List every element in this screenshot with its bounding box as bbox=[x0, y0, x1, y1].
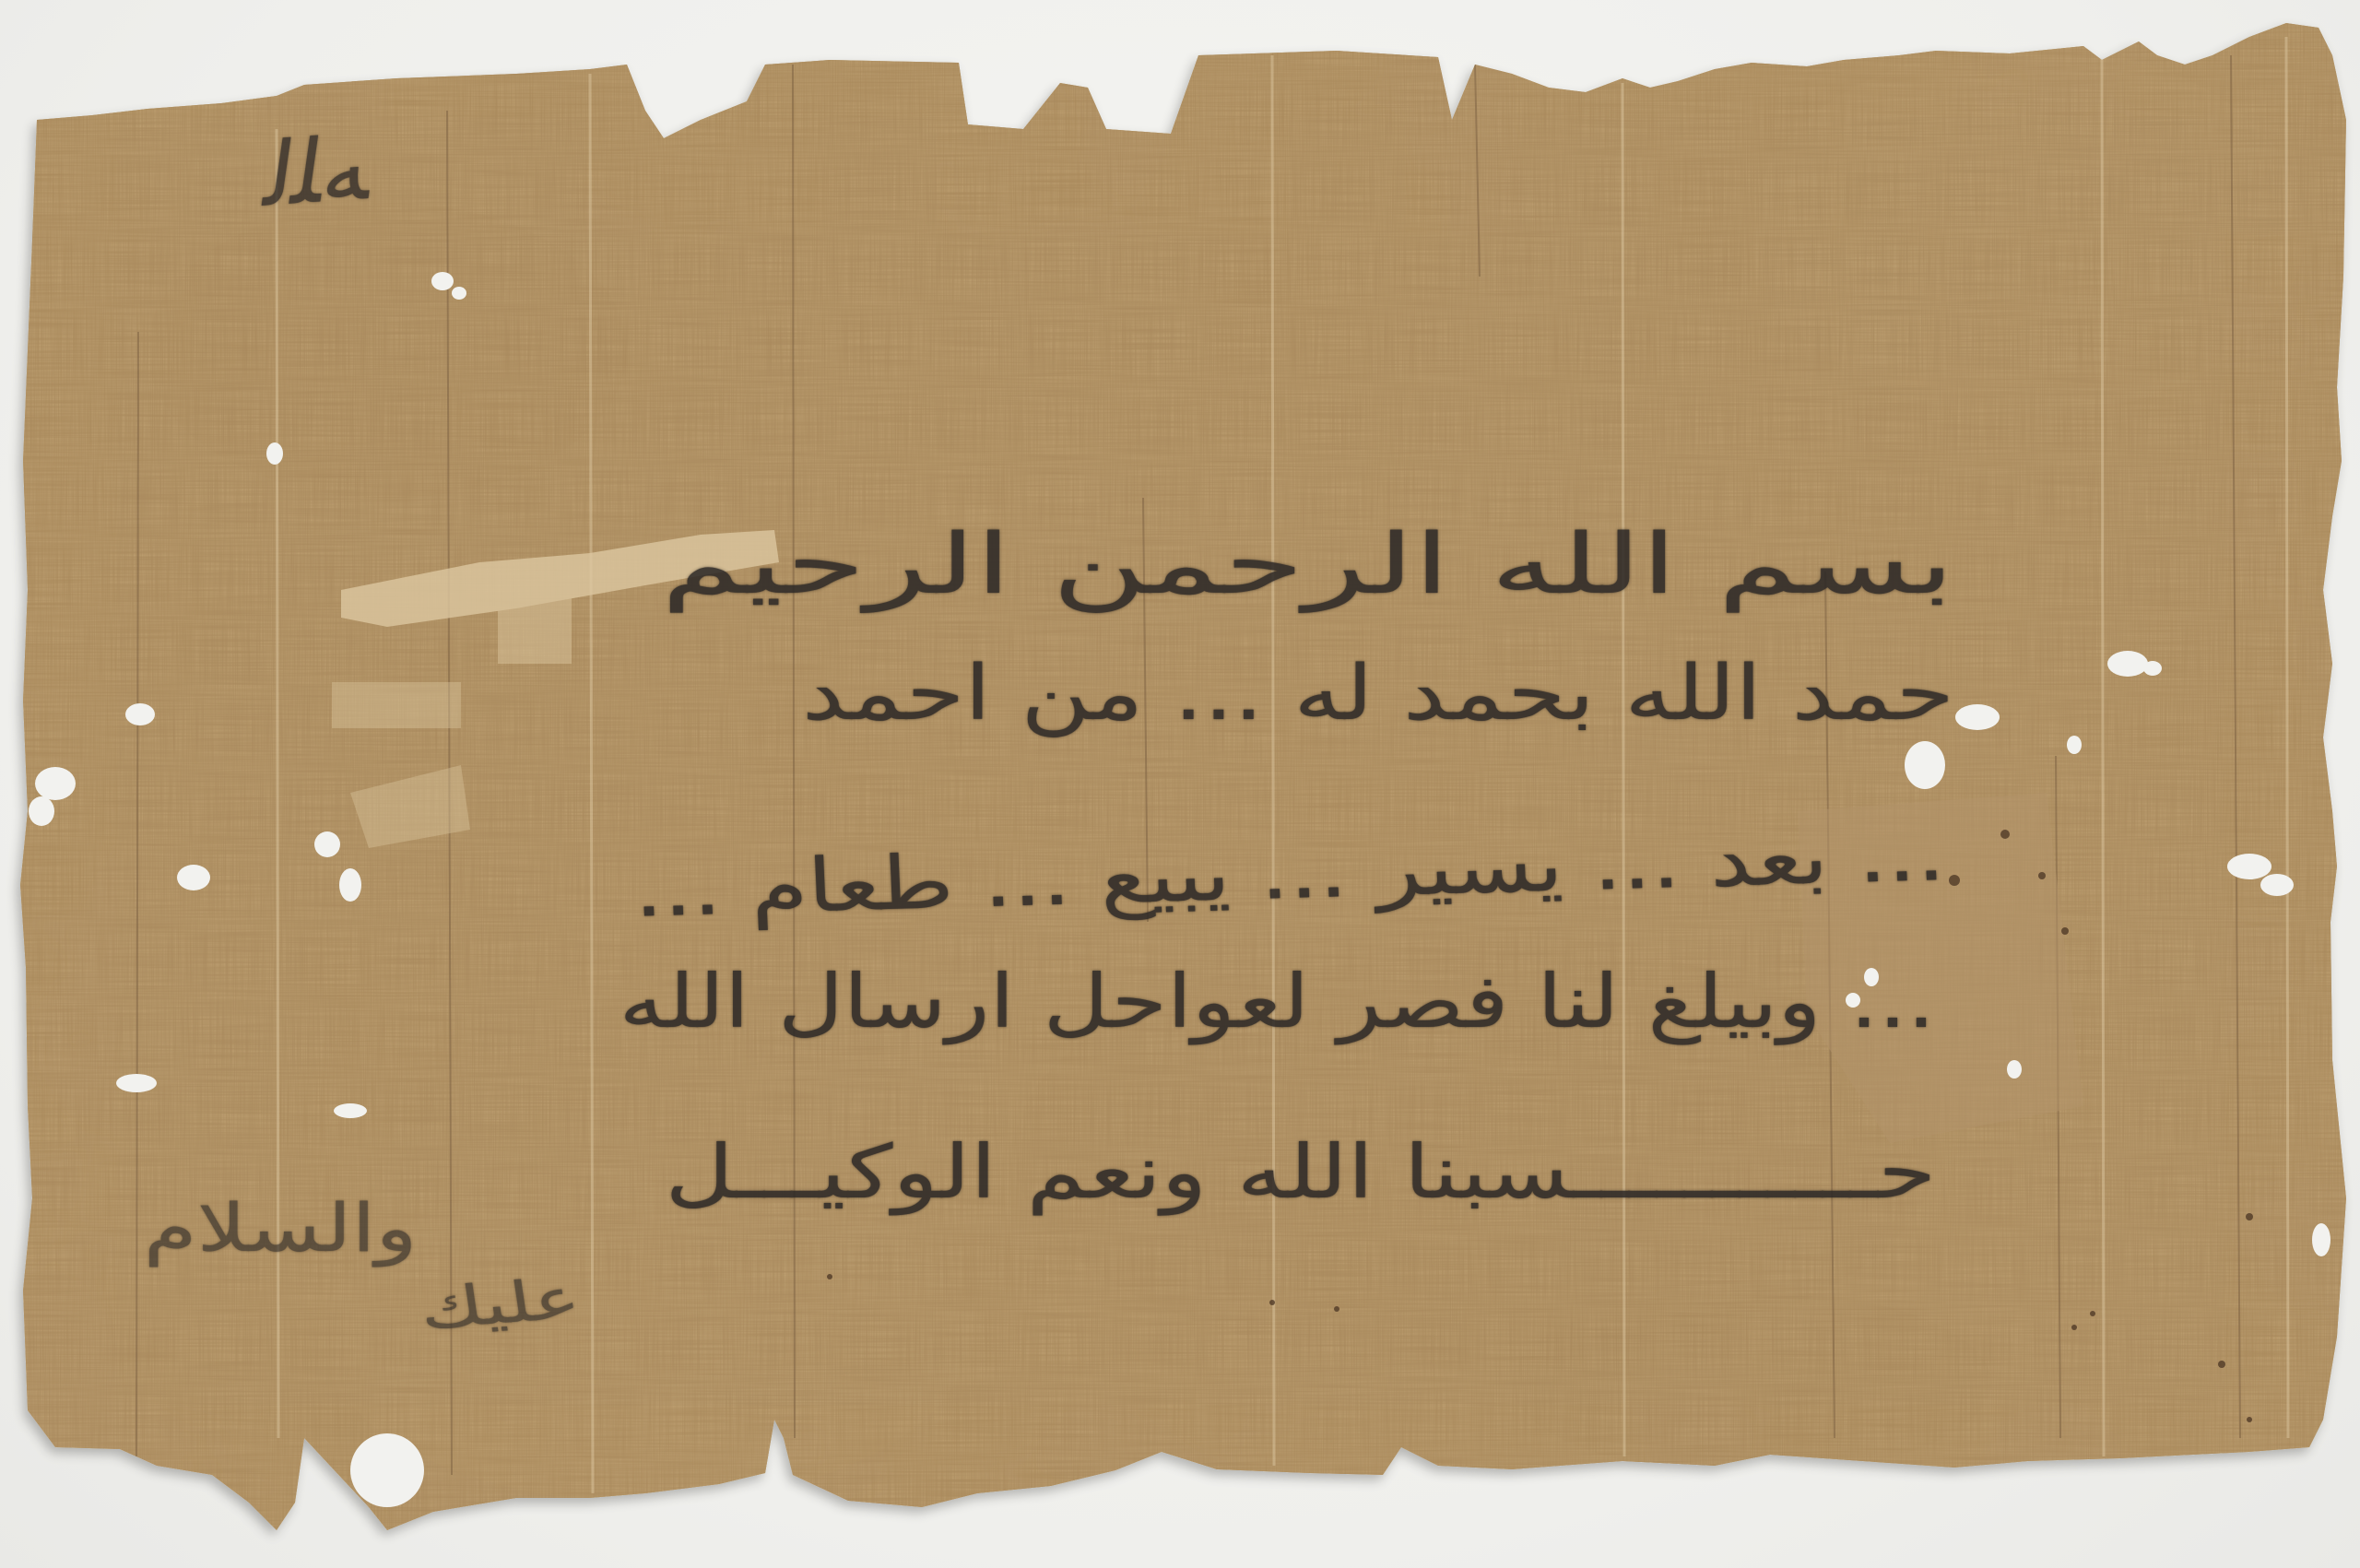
letter-line-2: حمد الله بحمد له ... من احمد bbox=[802, 650, 1954, 737]
postscript-line-2: عليك bbox=[415, 1267, 584, 1343]
letter-line-1: بسم الله الرحمن الرحيم bbox=[662, 516, 1954, 613]
letter-line-4: ... وبيلغ لنا فصر لعواحل ارسال الله bbox=[619, 959, 1936, 1044]
postscript-line-1: والسلام bbox=[144, 1189, 418, 1267]
papyrus-sheet bbox=[0, 0, 2360, 1568]
photo-stage: ﻪﻠﻟ بسم الله الرحمن الرحيم حمد الله بحمد… bbox=[0, 0, 2360, 1568]
letter-line-5: حـــــــــــسبنا الله ونعم الوكيـــل bbox=[665, 1129, 1936, 1215]
top-marking: ﻪﻠﻟ bbox=[259, 116, 379, 227]
